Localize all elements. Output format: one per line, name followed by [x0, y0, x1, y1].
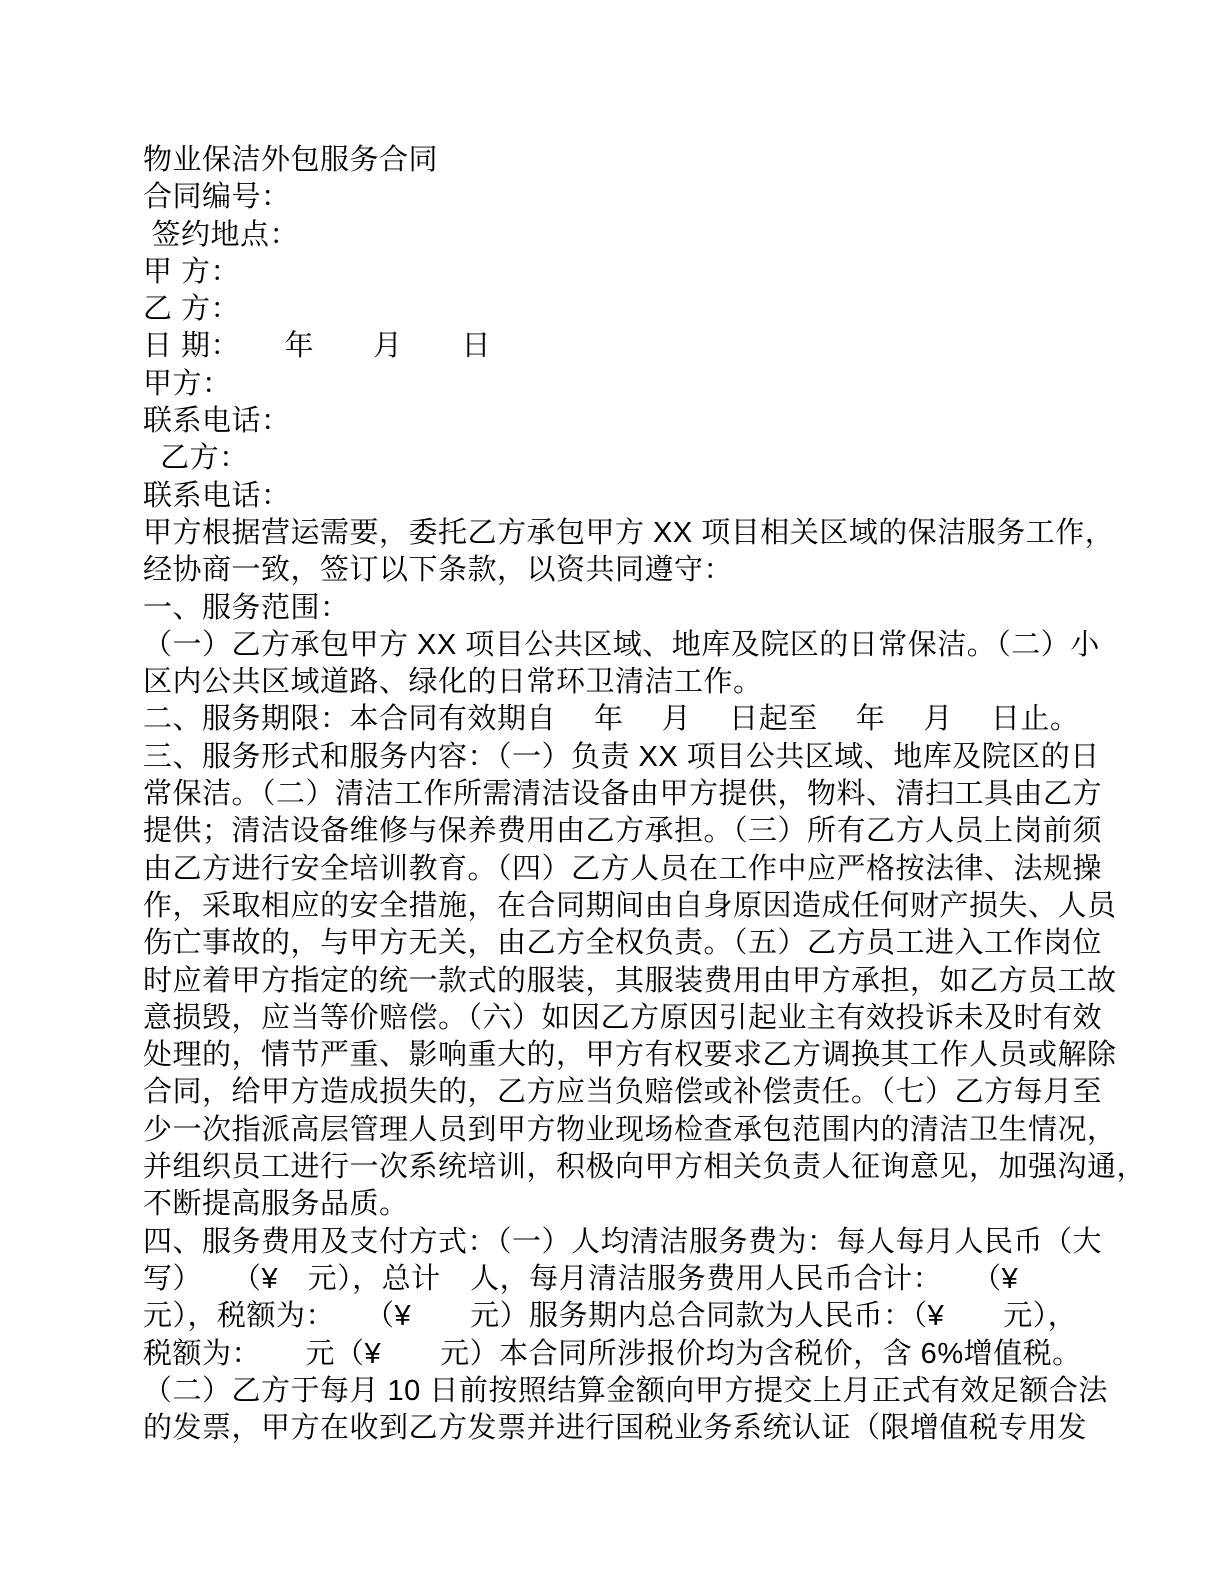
text-line: 区内公共区域道路、绿化的日常环卫清洁工作。 — [143, 664, 1153, 701]
text-line: 伤亡事故的，与甲方无关，由乙方全权负责。（五）乙方员工进入工作岗位 — [143, 925, 1153, 962]
text-line: 时应着甲方指定的统一款式的服装，其服装费用由甲方承担，如乙方员工故 — [143, 963, 1153, 1000]
text-line: 税额为： 元（¥ 元）本合同所涉报价均为含税价，含 6%增值税。 — [143, 1336, 1153, 1373]
document-page: 物业保洁外包服务合同合同编号： 签约地点：甲 方：乙 方：日 期： 年 月 日甲… — [0, 0, 1224, 1584]
text-line: 合同，给甲方造成损失的，乙方应当负赔偿或补偿责任。（七）乙方每月至 — [143, 1074, 1153, 1111]
text-line: 提供；清洁设备维修与保养费用由乙方承担。（三）所有乙方人员上岗前须 — [143, 813, 1153, 850]
document-body: 物业保洁外包服务合同合同编号： 签约地点：甲 方：乙 方：日 期： 年 月 日甲… — [143, 142, 1153, 1447]
text-line: 意损毁，应当等价赔偿。（六）如因乙方原因引起业主有效投诉未及时有效 — [143, 1000, 1153, 1037]
text-line: 甲 方： — [143, 254, 1153, 291]
text-line: 四、服务费用及支付方式：（一）人均清洁服务费为：每人每月人民币（大 — [143, 1224, 1153, 1261]
text-line: 乙方： — [143, 440, 1153, 477]
text-line: 一、服务范围： — [143, 590, 1153, 627]
text-line: 合同编号： — [143, 179, 1153, 216]
text-line: 联系电话： — [143, 478, 1153, 515]
text-line: 并组织员工进行一次系统培训，积极向甲方相关负责人征询意见，加强沟通， — [143, 1149, 1153, 1186]
text-line: 元），税额为： （¥ 元）服务期内总合同款为人民币：（¥ 元）， — [143, 1298, 1153, 1335]
text-line: 由乙方进行安全培训教育。（四）乙方人员在工作中应严格按法律、法规操 — [143, 851, 1153, 888]
text-line: 三、服务形式和服务内容：（一）负责 XX 项目公共区域、地库及院区的日 — [143, 739, 1153, 776]
text-line: 处理的，情节严重、影响重大的，甲方有权要求乙方调换其工作人员或解除 — [143, 1037, 1153, 1074]
text-line: （二）乙方于每月 10 日前按照结算金额向甲方提交上月正式有效足额合法 — [143, 1373, 1153, 1410]
text-line: 常保洁。（二）清洁工作所需清洁设备由甲方提供，物料、清扫工具由乙方 — [143, 776, 1153, 813]
text-line: 签约地点： — [143, 217, 1153, 254]
text-line: 联系电话： — [143, 403, 1153, 440]
text-line: 的发票，甲方在收到乙方发票并进行国税业务系统认证（限增值税专用发 — [143, 1410, 1153, 1447]
text-line: 经协商一致，签订以下条款，以资共同遵守： — [143, 552, 1153, 589]
text-line: 写） （¥ 元），总计 人，每月清洁服务费用人民币合计： （¥ — [143, 1261, 1153, 1298]
text-line: 甲方： — [143, 366, 1153, 403]
text-line: 作，采取相应的安全措施，在合同期间由自身原因造成任何财产损失、人员 — [143, 888, 1153, 925]
text-line: 少一次指派高层管理人员到甲方物业现场检查承包范围内的清洁卫生情况， — [143, 1112, 1153, 1149]
text-line: （一）乙方承包甲方 XX 项目公共区域、地库及院区的日常保洁。（二）小 — [143, 627, 1153, 664]
text-line: 日 期： 年 月 日 — [143, 328, 1153, 365]
text-line: 二、服务期限：本合同有效期自 年 月 日起至 年 月 日止。 — [143, 701, 1153, 738]
document-title: 物业保洁外包服务合同 — [143, 142, 1153, 179]
text-line: 不断提高服务品质。 — [143, 1186, 1153, 1223]
text-line: 乙 方： — [143, 291, 1153, 328]
text-line: 甲方根据营运需要，委托乙方承包甲方 XX 项目相关区域的保洁服务工作， — [143, 515, 1153, 552]
